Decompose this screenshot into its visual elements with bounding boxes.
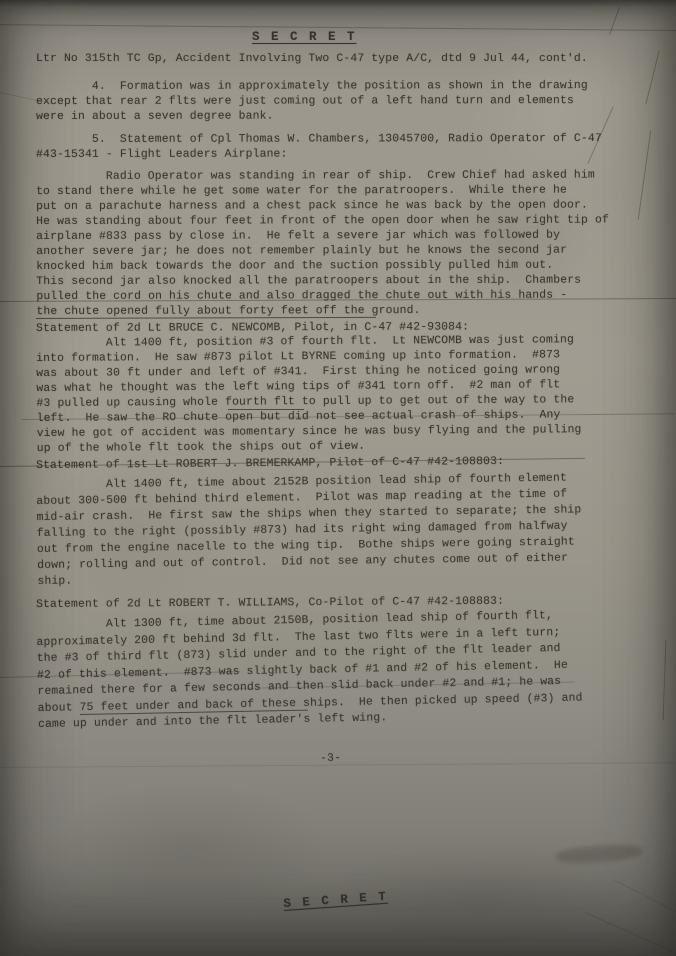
page-number: -3-	[320, 752, 341, 767]
bremerkamp-statement: Alt 1400 ft, time about 2152B position l…	[36, 469, 653, 590]
ink-smudge	[556, 843, 643, 865]
classification-top: S E C R E T	[252, 30, 357, 45]
scanned-document-page: S E C R E T Ltr No 315th TC Gp, Accident…	[0, 0, 676, 956]
crease-line	[615, 880, 676, 924]
reference-line: Ltr No 315th TC Gp, Accident Involving T…	[36, 52, 646, 67]
classification-bottom: S E C R E T	[283, 890, 388, 912]
williams-statement: Alt 1300 ft, time about 2150B, position …	[36, 606, 653, 733]
crease-line	[585, 912, 676, 956]
paragraph-4: 4. Formation was in approximately the po…	[36, 79, 651, 125]
chambers-statement: Radio Operator was standing in rear of s…	[36, 168, 651, 320]
paragraph-5-heading: 5. Statement of Cpl Thomas W. Chambers, …	[36, 132, 651, 163]
scratch-mark	[663, 640, 667, 720]
newcomb-statement: Alt 1400 ft, position #3 of fourth flt. …	[36, 333, 652, 457]
paper-stain	[50, 780, 330, 910]
scratch-mark	[609, 7, 620, 36]
